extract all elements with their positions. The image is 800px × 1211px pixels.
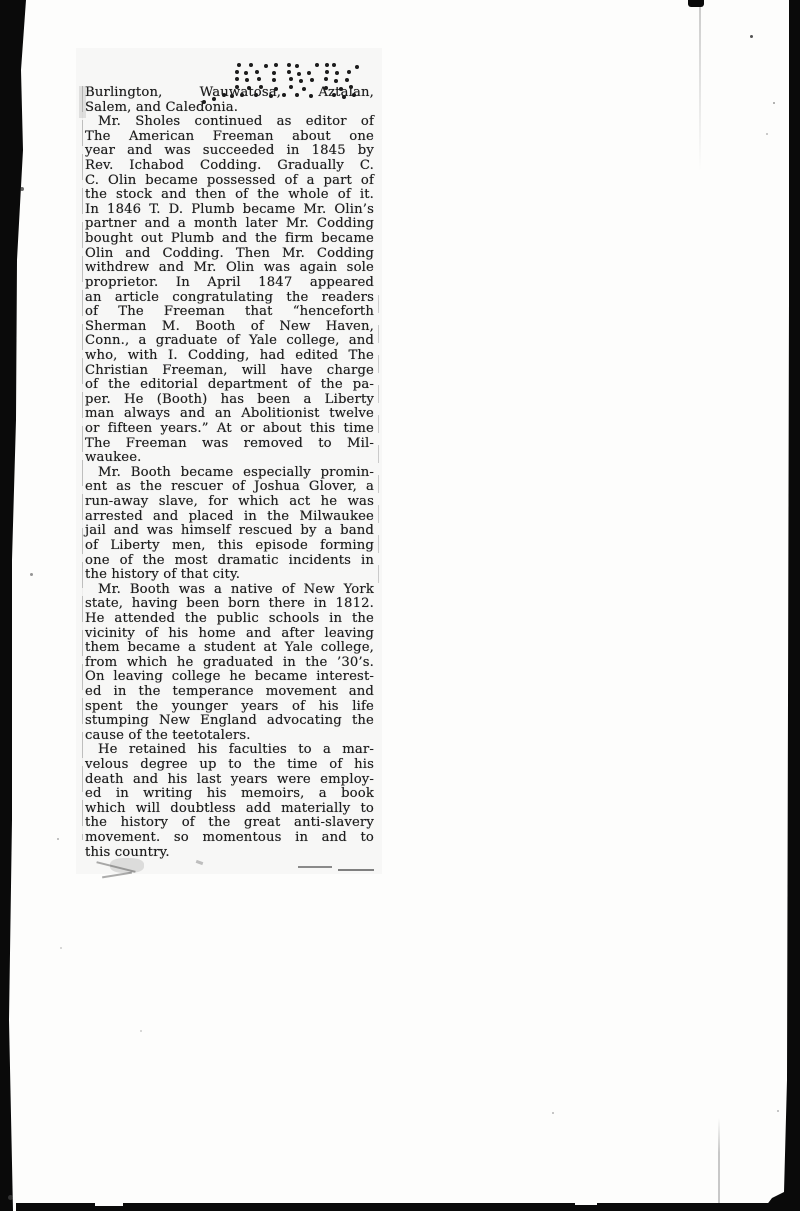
newspaper-clipping: Burlington, Wauwatosa, Aztalan,Salem, an… (85, 86, 374, 860)
speck (140, 1030, 142, 1032)
clipping-line: Mr. Sholes continued as editor of (85, 115, 374, 130)
scanned-page: Burlington, Wauwatosa, Aztalan,Salem, an… (0, 0, 800, 1211)
scan-edge-bottom (16, 1203, 800, 1211)
stamp-dot (355, 65, 359, 69)
ink-smudge (110, 858, 144, 873)
clipping-line: proprietor. In April 1847 appeared (85, 276, 374, 291)
stamp-dot (347, 70, 351, 74)
clipping-line: the history of the great anti-slavery (85, 816, 374, 831)
clipping-line: On leaving college he became interest- (85, 670, 374, 685)
stamp-dot (345, 78, 349, 82)
clipping-line: C. Olin became possessed of a part of (85, 174, 374, 189)
clipping-line: movement. so momentous in and to (85, 831, 374, 846)
clipping-line: of The Freeman that “henceforth (85, 305, 374, 320)
clipping-right-edge-line (378, 295, 379, 592)
stamp-dot (272, 71, 276, 75)
clipping-line: bought out Plumb and the firm became (85, 232, 374, 247)
stamp-dot (295, 64, 299, 68)
clipping-line: the history of that city. (85, 568, 374, 583)
stamp-dot (307, 71, 311, 75)
scan-edge-left (0, 0, 30, 1211)
clipping-line: an article congratulating the readers (85, 291, 374, 306)
clipping-line: or fifteen years.” At or about this time (85, 422, 374, 437)
pencil-dash (338, 869, 374, 871)
stamp-dot (287, 63, 291, 67)
speck (57, 838, 59, 840)
stamp-dot (315, 63, 319, 67)
clipping-left-edge-line (82, 86, 83, 840)
stamp-dot (237, 63, 241, 67)
clipping-line: who, with I. Codding, had edited The (85, 349, 374, 364)
clipping-line: Christian Freeman, will have charge (85, 364, 374, 379)
stamp-dot (235, 77, 239, 81)
clipping-line: Sherman M. Booth of New Haven, (85, 320, 374, 335)
clipping-line: stumping New England advocating the (85, 714, 374, 729)
clipping-line: death and his last years were employ- (85, 773, 374, 788)
clipping-line: He retained his faculties to a mar- (85, 743, 374, 758)
clipping-line: arrested and placed in the Milwaukee (85, 510, 374, 525)
stamp-dot (297, 72, 301, 76)
clipping-line: jail and was himself rescued by a band (85, 524, 374, 539)
clipping-line: man always and an Abolitionist twelve (85, 407, 374, 422)
clipping-line: withdrew and Mr. Olin was again sole (85, 261, 374, 276)
stamp-dot (235, 70, 239, 74)
clipping-line: Salem, and Caledonia. (85, 101, 374, 116)
stamp-dot (264, 64, 268, 68)
clipping-line: ed in writing his memoirs, a book (85, 787, 374, 802)
stamp-dot (332, 63, 336, 67)
clipping-line: spent the younger years of his life (85, 700, 374, 715)
fold-line (699, 0, 701, 186)
speck (8, 1195, 13, 1200)
speck (552, 1112, 554, 1114)
clipping-line: ed in the temperance movement and (85, 685, 374, 700)
clipping-line: from which he graduated in the ’30’s. (85, 656, 374, 671)
stamp-dot (325, 70, 329, 74)
speck (777, 1110, 779, 1112)
scan-edge-gap (95, 1203, 123, 1206)
stamp-dot (334, 79, 338, 83)
fold-line (718, 1118, 720, 1205)
stamp-dot (257, 77, 261, 81)
clipping-line: Rev. Ichabod Codding. Gradually C. (85, 159, 374, 174)
clipping-line: of Liberty men, this episode forming (85, 539, 374, 554)
scan-edge-right (760, 0, 800, 1211)
clipping-line: The Freeman was removed to Mil- (85, 437, 374, 452)
clipping-line: the stock and then of the whole of it. (85, 188, 374, 203)
clipping-line: vicinity of his home and after leaving (85, 627, 374, 642)
clipping-line: per. He (Booth) has been a Liberty (85, 393, 374, 408)
clipping-line: one of the most dramatic incidents in (85, 554, 374, 569)
stamp-dot (274, 63, 278, 67)
clipping-line: state, having been born there in 1812. (85, 597, 374, 612)
stamp-dot (249, 63, 253, 67)
speck (773, 102, 775, 104)
stamp-dot (299, 79, 303, 83)
stamp-dot (245, 78, 249, 82)
stamp-dot (255, 70, 259, 74)
clipping-line: partner and a month later Mr. Codding (85, 217, 374, 232)
stamp-dot (310, 78, 314, 82)
clipping-line: cause of the teetotalers. (85, 729, 374, 744)
stamp-dot (244, 71, 248, 75)
speck (750, 35, 753, 38)
stamp-dot (289, 77, 293, 81)
speck (766, 133, 768, 135)
clipping-line: ent as the rescuer of Joshua Glover, a (85, 480, 374, 495)
stamp-dot (324, 77, 328, 81)
speck (20, 187, 24, 191)
speck (30, 573, 33, 576)
clipping-line: Mr. Booth was a native of New York (85, 583, 374, 598)
clipping-line: year and was succeeded in 1845 by (85, 144, 374, 159)
scan-edge-gap (575, 1203, 597, 1205)
clipping-line: waukee. (85, 451, 374, 466)
scan-edge-top-mark (688, 0, 704, 7)
stamp-dot (325, 63, 329, 67)
clipping-line: Conn., a graduate of Yale college, and (85, 334, 374, 349)
stamp-dot (287, 70, 291, 74)
clipping-line: them became a student at Yale college, (85, 641, 374, 656)
clipping-line: In 1846 T. D. Plumb became Mr. Olin’s (85, 203, 374, 218)
clipping-line: Mr. Booth became especially promin- (85, 466, 374, 481)
clipping-line: He attended the public schools in the (85, 612, 374, 627)
clipping-line: Olin and Codding. Then Mr. Codding (85, 247, 374, 262)
clipping-line: Burlington, Wauwatosa, Aztalan, (85, 86, 374, 101)
speck (60, 947, 62, 949)
clipping-line: run-away slave, for which act he was (85, 495, 374, 510)
clipping-line: which will doubtless add materially to (85, 802, 374, 817)
pencil-dash (298, 866, 332, 868)
clipping-line: of the editorial department of the pa- (85, 378, 374, 393)
clipping-line: velous degree up to the time of his (85, 758, 374, 773)
stamp-dot (272, 78, 276, 82)
clipping-line: The American Freeman about one (85, 130, 374, 145)
stamp-dot (335, 71, 339, 75)
